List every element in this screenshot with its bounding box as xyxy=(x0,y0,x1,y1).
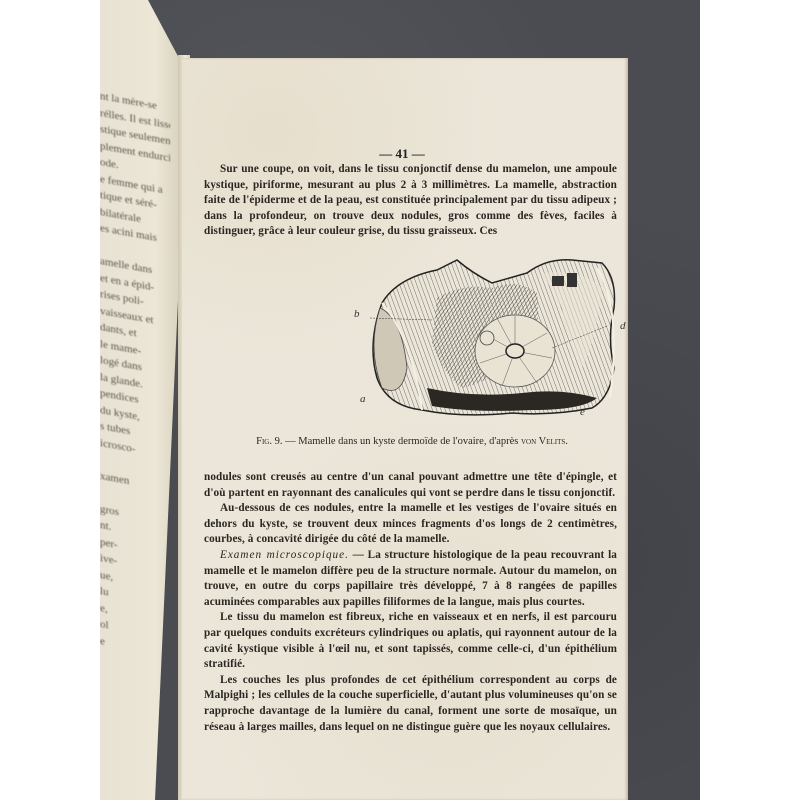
paragraph-2: nodules sont creusés au centre d'un cana… xyxy=(204,470,617,501)
left-page-text: nt la mère-se rélles. Il est lisse stiqu… xyxy=(100,88,170,661)
figure-illustration: b a d e xyxy=(352,248,642,418)
caption-text: Mamelle dans un kyste dermoïde de l'ovai… xyxy=(296,436,521,447)
figure-number: Fig. 9. — xyxy=(256,436,295,447)
body-text: nodules sont creusés au centre d'un cana… xyxy=(204,470,617,735)
figure-label-e: e xyxy=(580,406,585,418)
paragraph-1: Sur une coupe, on voit, dans le tissu co… xyxy=(204,162,617,240)
paragraph-5: Le tissu du mamelon est fibreux, riche e… xyxy=(204,610,617,672)
dermoid-cyst-illustration xyxy=(352,248,642,418)
book-photo: nt la mère-se rélles. Il est lisse stiqu… xyxy=(100,0,700,800)
left-page: nt la mère-se rélles. Il est lisse stiqu… xyxy=(100,0,180,800)
figure-label-b: b xyxy=(354,308,360,320)
paragraph-1-text: Sur une coupe, on voit, dans le tissu co… xyxy=(204,162,617,240)
paragraph-4: Examen microscopique. — La structure his… xyxy=(204,548,617,610)
paragraph-6: Les couches les plus profondes de cet ép… xyxy=(204,673,617,735)
figure-caption: Fig. 9. — Mamelle dans un kyste dermoïde… xyxy=(212,436,612,447)
figure-label-d: d xyxy=(620,320,626,332)
section-heading-microscopic: Examen microscopique. xyxy=(220,549,349,561)
figure-label-a: a xyxy=(360,393,366,405)
right-page: — 41 — Sur une coupe, on voit, dans le t… xyxy=(182,58,628,800)
paragraph-3: Au-dessous de ces nodules, entre la mame… xyxy=(204,501,617,548)
caption-author: von Velits. xyxy=(521,436,568,447)
page-number: — 41 — xyxy=(352,146,452,162)
